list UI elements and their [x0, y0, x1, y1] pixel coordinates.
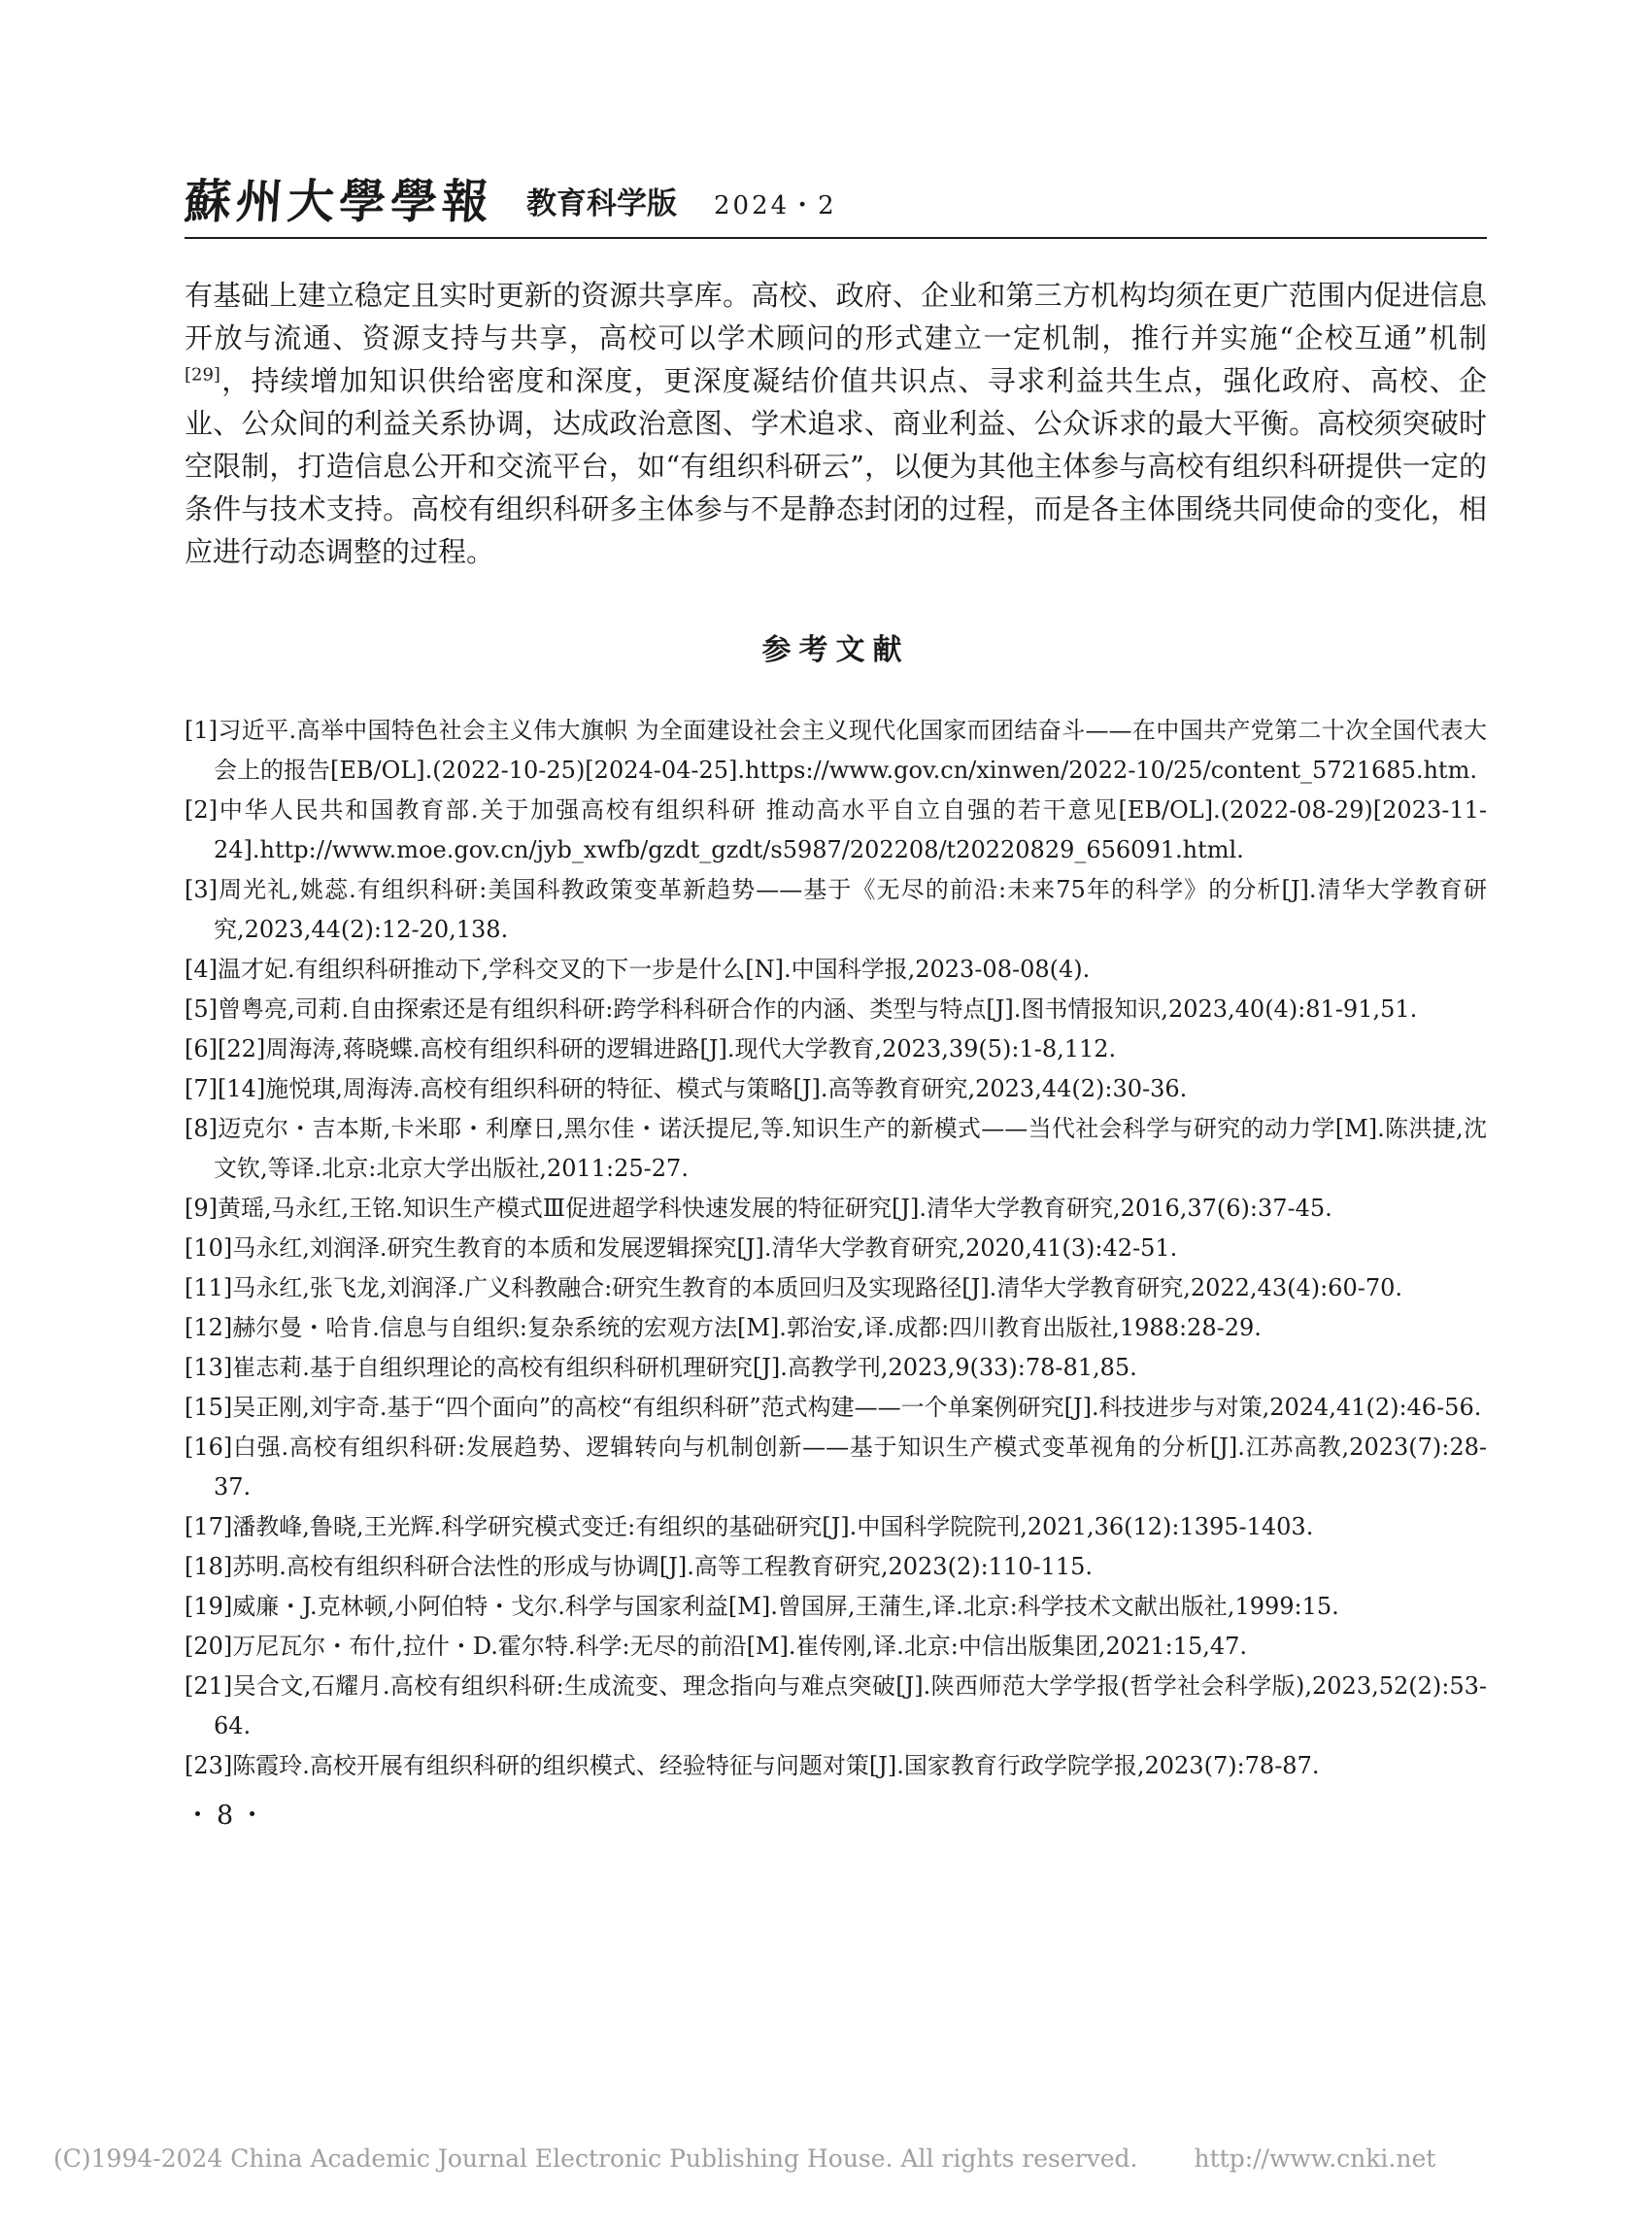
reference-text: 赫尔曼・哈肯.信息与自组织:复杂系统的宏观方法[M].郭治安,译.成都:四川教育… [232, 1314, 1262, 1341]
reference-item: [11]马永红,张飞龙,刘润泽.广义科教融合:研究生教育的本质回归及实现路径[J… [185, 1268, 1487, 1308]
reference-item: [19]威廉・J.克林顿,小阿伯特・戈尔.科学与国家利益[M].曾国屏,王蒲生,… [185, 1587, 1487, 1627]
reference-item: [5]曾粤亮,司莉.自由探索还是有组织科研:跨学科科研合作的内涵、类型与特点[J… [185, 990, 1487, 1029]
reference-label: [17] [185, 1513, 232, 1540]
reference-text: 苏明.高校有组织科研合法性的形成与协调[J].高等工程教育研究,2023(2):… [232, 1553, 1093, 1580]
reference-text: 白强.高校有组织科研:发展趋势、逻辑转向与机制创新——基于知识生产模式变革视角的… [214, 1433, 1487, 1501]
journal-edition-label: 教育科学版 [526, 179, 677, 225]
reference-label: [20] [185, 1633, 232, 1660]
reference-text: 迈克尔・吉本斯,卡米耶・利摩日,黑尔佳・诺沃提尼,等.知识生产的新模式——当代社… [214, 1115, 1487, 1182]
reference-text: 万尼瓦尔・布什,拉什・D.霍尔特.科学:无尽的前沿[M].崔传刚,译.北京:中信… [232, 1633, 1247, 1660]
reference-text: 陈霞玲.高校开展有组织科研的组织模式、经验特征与问题对策[J].国家教育行政学院… [232, 1752, 1319, 1779]
reference-item: [21]吴合文,石耀月.高校有组织科研:生成流变、理念指向与难点突破[J].陕西… [185, 1667, 1487, 1746]
reference-label: [2] [185, 796, 218, 824]
reference-label: [4] [185, 956, 218, 983]
reference-label: [16] [185, 1433, 232, 1461]
reference-label: [21] [185, 1672, 232, 1700]
reference-item: [7][14]施悦琪,周海涛.高校有组织科研的特征、模式与策略[J].高等教育研… [185, 1069, 1487, 1109]
reference-item: [12]赫尔曼・哈肯.信息与自组织:复杂系统的宏观方法[M].郭治安,译.成都:… [185, 1308, 1487, 1348]
reference-label: [1] [185, 717, 218, 744]
reference-text: 吴正刚,刘宇奇.基于“四个面向”的高校“有组织科研”范式构建——一个单案例研究[… [232, 1394, 1481, 1421]
reference-item: [1]习近平.高举中国特色社会主义伟大旗帜 为全面建设社会主义现代化国家而团结奋… [185, 711, 1487, 791]
reference-text: 曾粤亮,司莉.自由探索还是有组织科研:跨学科科研合作的内涵、类型与特点[J].图… [218, 995, 1417, 1023]
reference-item: [6][22]周海涛,蒋晓蝶.高校有组织科研的逻辑进路[J].现代大学教育,20… [185, 1029, 1487, 1069]
journal-logo: 蘇州大學學報 [183, 179, 494, 225]
reference-text: 潘教峰,鲁晓,王光辉.科学研究模式变迁:有组织的基础研究[J].中国科学院院刊,… [232, 1513, 1313, 1540]
reference-text: 周海涛,蒋晓蝶.高校有组织科研的逻辑进路[J].现代大学教育,2023,39(5… [265, 1035, 1116, 1062]
reference-item: [2]中华人民共和国教育部.关于加强高校有组织科研 推动高水平自立自强的若干意见… [185, 791, 1487, 870]
copyright-text: (C)1994-2024 China Academic Journal Elec… [53, 2144, 1138, 2173]
reference-text: 马永红,张飞龙,刘润泽.广义科教融合:研究生教育的本质回归及实现路径[J].清华… [232, 1274, 1402, 1301]
reference-text: 吴合文,石耀月.高校有组织科研:生成流变、理念指向与难点突破[J].陕西师范大学… [214, 1672, 1487, 1739]
body-text-after-citation: ，持续增加知识供给密度和深度，更深度凝结价值共识点、寻求利益共生点，强化政府、高… [185, 364, 1487, 568]
reference-label: [3] [185, 876, 218, 903]
reference-item: [23]陈霞玲.高校开展有组织科研的组织模式、经验特征与问题对策[J].国家教育… [185, 1746, 1487, 1786]
page-header: 蘇州大學學報 教育科学版 2024・2 [185, 179, 1487, 239]
reference-label: [15] [185, 1394, 232, 1421]
body-paragraph: 有基础上建立稳定且实时更新的资源共享库。高校、政府、企业和第三方机构均须在更广范… [185, 274, 1487, 573]
reference-item: [8]迈克尔・吉本斯,卡米耶・利摩日,黑尔佳・诺沃提尼,等.知识生产的新模式——… [185, 1109, 1487, 1189]
reference-item: [3]周光礼,姚蕊.有组织科研:美国科教政策变革新趋势——基于《无尽的前沿:未来… [185, 870, 1487, 950]
reference-text: 黄瑶,马永红,王铭.知识生产模式Ⅲ促进超学科快速发展的特征研究[J].清华大学教… [218, 1195, 1332, 1222]
cnki-url-text: http://www.cnki.net [1195, 2144, 1436, 2173]
reference-list: [1]习近平.高举中国特色社会主义伟大旗帜 为全面建设社会主义现代化国家而团结奋… [185, 711, 1487, 1786]
body-text-before-citation: 有基础上建立稳定且实时更新的资源共享库。高校、政府、企业和第三方机构均须在更广范… [185, 279, 1487, 354]
reference-label: [18] [185, 1553, 232, 1580]
reference-label: [12] [185, 1314, 232, 1341]
reference-label: [23] [185, 1752, 232, 1779]
reference-label: [7][14] [185, 1075, 265, 1102]
reference-text: 施悦琪,周海涛.高校有组织科研的特征、模式与策略[J].高等教育研究,2023,… [265, 1075, 1187, 1102]
reference-item: [15]吴正刚,刘宇奇.基于“四个面向”的高校“有组织科研”范式构建——一个单案… [185, 1388, 1487, 1428]
reference-item: [9]黄瑶,马永红,王铭.知识生产模式Ⅲ促进超学科快速发展的特征研究[J].清华… [185, 1189, 1487, 1229]
reference-text: 温才妃.有组织科研推动下,学科交叉的下一步是什么[N].中国科学报,2023-0… [218, 956, 1090, 983]
reference-label: [11] [185, 1274, 232, 1301]
reference-text: 周光礼,姚蕊.有组织科研:美国科教政策变革新趋势——基于《无尽的前沿:未来75年… [214, 876, 1487, 943]
page-number: ・8・ [185, 1794, 1487, 1832]
reference-text: 习近平.高举中国特色社会主义伟大旗帜 为全面建设社会主义现代化国家而团结奋斗——… [214, 717, 1487, 784]
reference-label: [19] [185, 1593, 232, 1620]
reference-label: [10] [185, 1234, 232, 1262]
reference-label: [6][22] [185, 1035, 265, 1062]
page-content-column: 蘇州大學學報 教育科学版 2024・2 有基础上建立稳定且实时更新的资源共享库。… [185, 179, 1487, 1832]
reference-item: [17]潘教峰,鲁晓,王光辉.科学研究模式变迁:有组织的基础研究[J].中国科学… [185, 1507, 1487, 1547]
references-heading: 参考文献 [185, 625, 1487, 668]
journal-issue-number: 2024・2 [714, 185, 837, 225]
reference-text: 中华人民共和国教育部.关于加强高校有组织科研 推动高水平自立自强的若干意见[EB… [214, 796, 1487, 863]
page-footer-watermark: (C)1994-2024 China Academic Journal Elec… [53, 2144, 1435, 2173]
reference-item: [4]温才妃.有组织科研推动下,学科交叉的下一步是什么[N].中国科学报,202… [185, 950, 1487, 990]
reference-item: [16]白强.高校有组织科研:发展趋势、逻辑转向与机制创新——基于知识生产模式变… [185, 1428, 1487, 1507]
reference-label: [9] [185, 1195, 218, 1222]
reference-item: [20]万尼瓦尔・布什,拉什・D.霍尔特.科学:无尽的前沿[M].崔传刚,译.北… [185, 1627, 1487, 1667]
reference-text: 崔志莉.基于自组织理论的高校有组织科研机理研究[J].高教学刊,2023,9(3… [232, 1354, 1137, 1381]
citation-superscript: [29] [185, 364, 220, 385]
reference-text: 马永红,刘润泽.研究生教育的本质和发展逻辑探究[J].清华大学教育研究,2020… [232, 1234, 1177, 1262]
reference-label: [13] [185, 1354, 232, 1381]
reference-label: [8] [185, 1115, 218, 1142]
reference-item: [18]苏明.高校有组织科研合法性的形成与协调[J].高等工程教育研究,2023… [185, 1547, 1487, 1587]
reference-label: [5] [185, 995, 218, 1023]
reference-item: [13]崔志莉.基于自组织理论的高校有组织科研机理研究[J].高教学刊,2023… [185, 1348, 1487, 1388]
journal-page: 蘇州大學學報 教育科学版 2024・2 有基础上建立稳定且实时更新的资源共享库。… [0, 0, 1652, 2226]
reference-text: 威廉・J.克林顿,小阿伯特・戈尔.科学与国家利益[M].曾国屏,王蒲生,译.北京… [232, 1593, 1339, 1620]
reference-item: [10]马永红,刘润泽.研究生教育的本质和发展逻辑探究[J].清华大学教育研究,… [185, 1229, 1487, 1268]
